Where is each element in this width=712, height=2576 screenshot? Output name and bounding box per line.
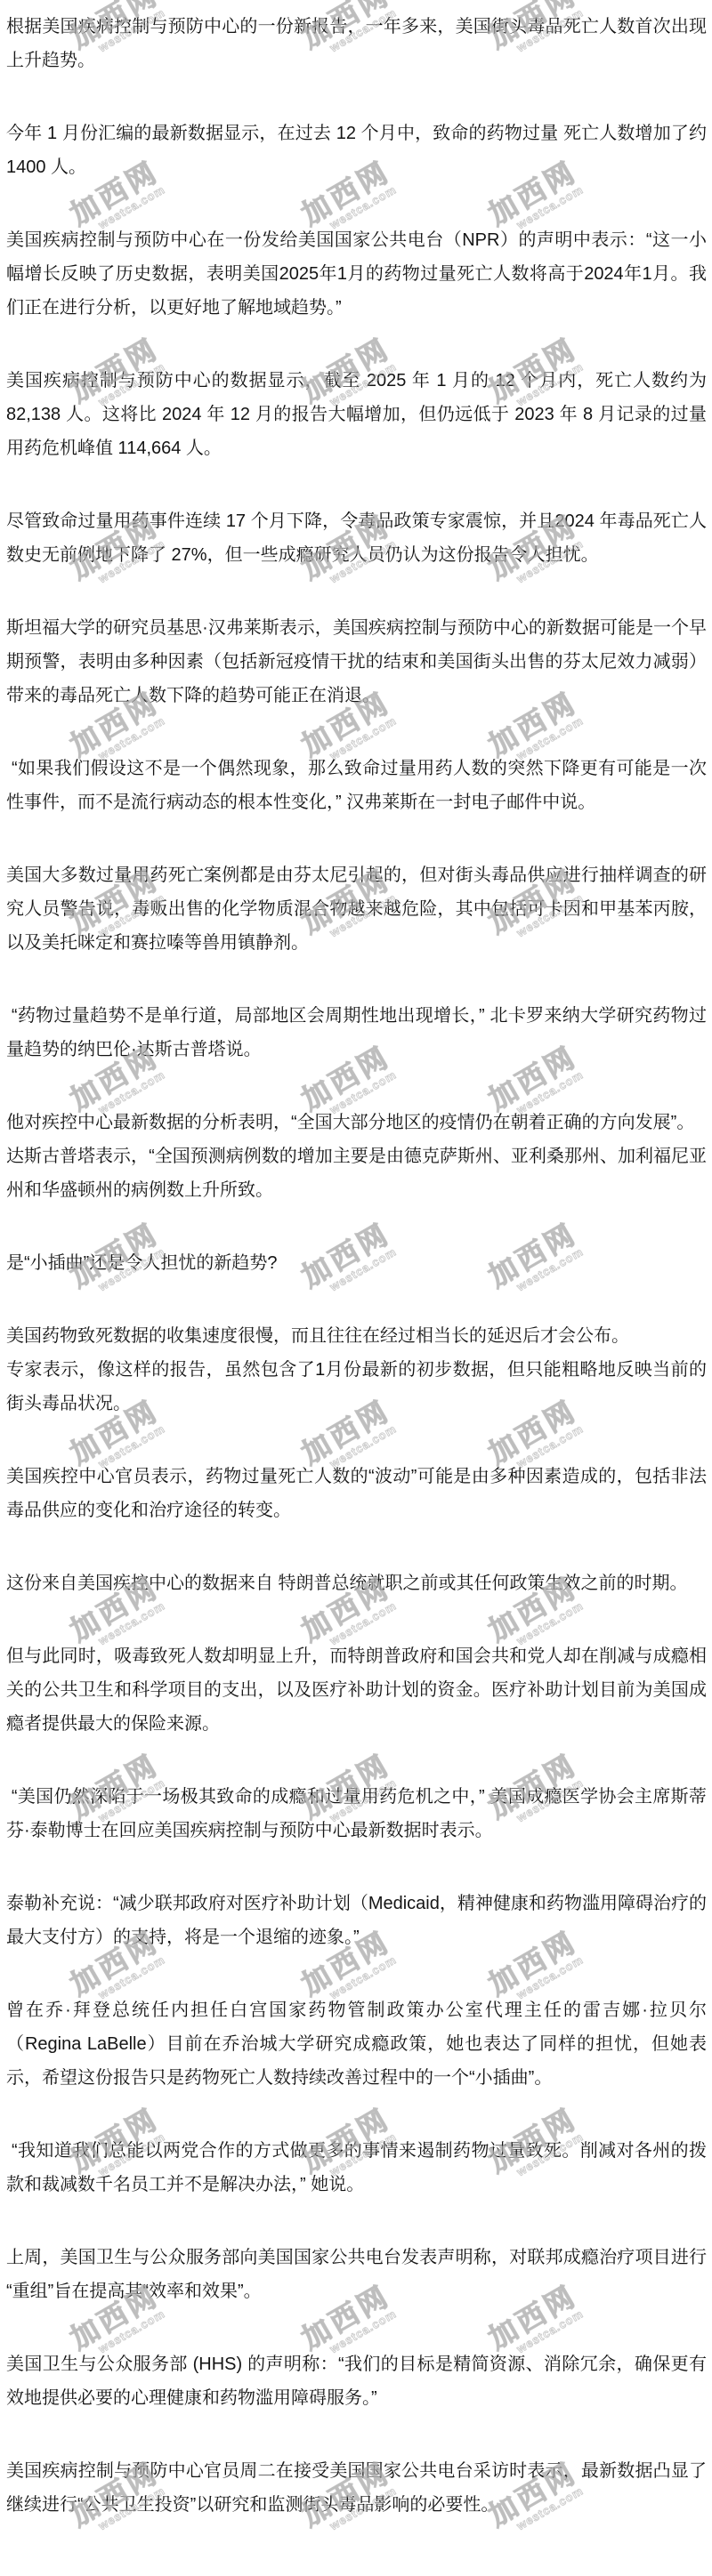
article-paragraph: 美国卫生与公众服务部 (HHS) 的声明称：“我们的目标是精简资源、消除冗余，确… — [6, 2347, 707, 2415]
article-paragraph: 美国大多数过量用药死亡案例都是由芬太尼引起的，但对街头毒品供应进行抽样调查的研究… — [6, 858, 707, 960]
article-paragraph: 美国疾控中心官员表示，药物过量死亡人数的“波动”可能是由多种因素造成的，包括非法… — [6, 1460, 707, 1527]
article-page: { "watermark": { "text": "加西网", "subtext… — [0, 0, 712, 2576]
article-paragraph: 美国药物致死数据的收集速度很慢，而且往往在经过相当长的延迟后才会公布。 专家表示… — [6, 1319, 707, 1421]
article-paragraph: “美国仍然深陷于一场极其致命的成瘾和过量用药危机之中，” 美国成瘾医学协会主席斯… — [6, 1780, 707, 1847]
article-paragraph: “药物过量趋势不是单行道，局部地区会周期性地出现增长，” 北卡罗来纳大学研究药物… — [6, 999, 707, 1067]
article-paragraph: 根据美国疾病控制与预防中心的一份新报告，一年多来，美国街头毒品死亡人数首次出现上… — [6, 10, 707, 77]
article-paragraph: 泰勒补充说：“减少联邦政府对医疗补助计划（Medicaid，精神健康和药物滥用障… — [6, 1887, 707, 1954]
article-paragraph: 斯坦福大学的研究员基思·汉弗莱斯表示，美国疾病控制与预防中心的新数据可能是一个早… — [6, 611, 707, 712]
article-paragraph: 美国疾病控制与预防中心的数据显示，截至 2025 年 1 月的 12 个月内，死… — [6, 364, 707, 465]
article-paragraph: 美国疾病控制与预防中心官员周二在接受美国国家公共电台采访时表示，最新数据凸显了继… — [6, 2454, 707, 2522]
article-paragraph: 今年 1 月份汇编的最新数据显示，在过去 12 个月中，致命的药物过量 死亡人数… — [6, 117, 707, 184]
article-paragraph: 这份来自美国疾控中心的数据来自 特朗普总统就职之前或其任何政策生效之前的时期。 — [6, 1566, 707, 1600]
article-paragraph: 曾在乔·拜登总统任内担任白宫国家药物管制政策办公室代理主任的雷吉娜·拉贝尔（Re… — [6, 1993, 707, 2095]
article-section-heading: 是“小插曲”还是令人担忧的新趋势? — [6, 1246, 707, 1280]
article-paragraph: 尽管致命过量用药事件连续 17 个月下降，令毒品政策专家震惊，并且2024 年毒… — [6, 504, 707, 572]
article-paragraph: 但与此同时，吸毒致死人数却明显上升，而特朗普政府和国会共和党人却在削减与成瘾相关… — [6, 1639, 707, 1741]
article-paragraph: 他对疾控中心最新数据的分析表明，“全国大部分地区的疫情仍在朝着正确的方向发展”。… — [6, 1106, 707, 1207]
article-paragraph: 美国疾病控制与预防中心在一份发给美国国家公共电台（NPR）的声明中表示：“这一小… — [6, 223, 707, 325]
article-body: 根据美国疾病控制与预防中心的一份新报告，一年多来，美国街头毒品死亡人数首次出现上… — [0, 0, 712, 2522]
article-paragraph: “我知道我们总能以两党合作的方式做更多的事情来遏制药物过量致死。削减对各州的拨款… — [6, 2134, 707, 2202]
article-paragraph: “如果我们假设这不是一个偶然现象，那么致命过量用药人数的突然下降更有可能是一次性… — [6, 752, 707, 819]
article-paragraph: 上周，美国卫生与公众服务部向美国国家公共电台发表声明称，对联邦成瘾治疗项目进行“… — [6, 2241, 707, 2308]
